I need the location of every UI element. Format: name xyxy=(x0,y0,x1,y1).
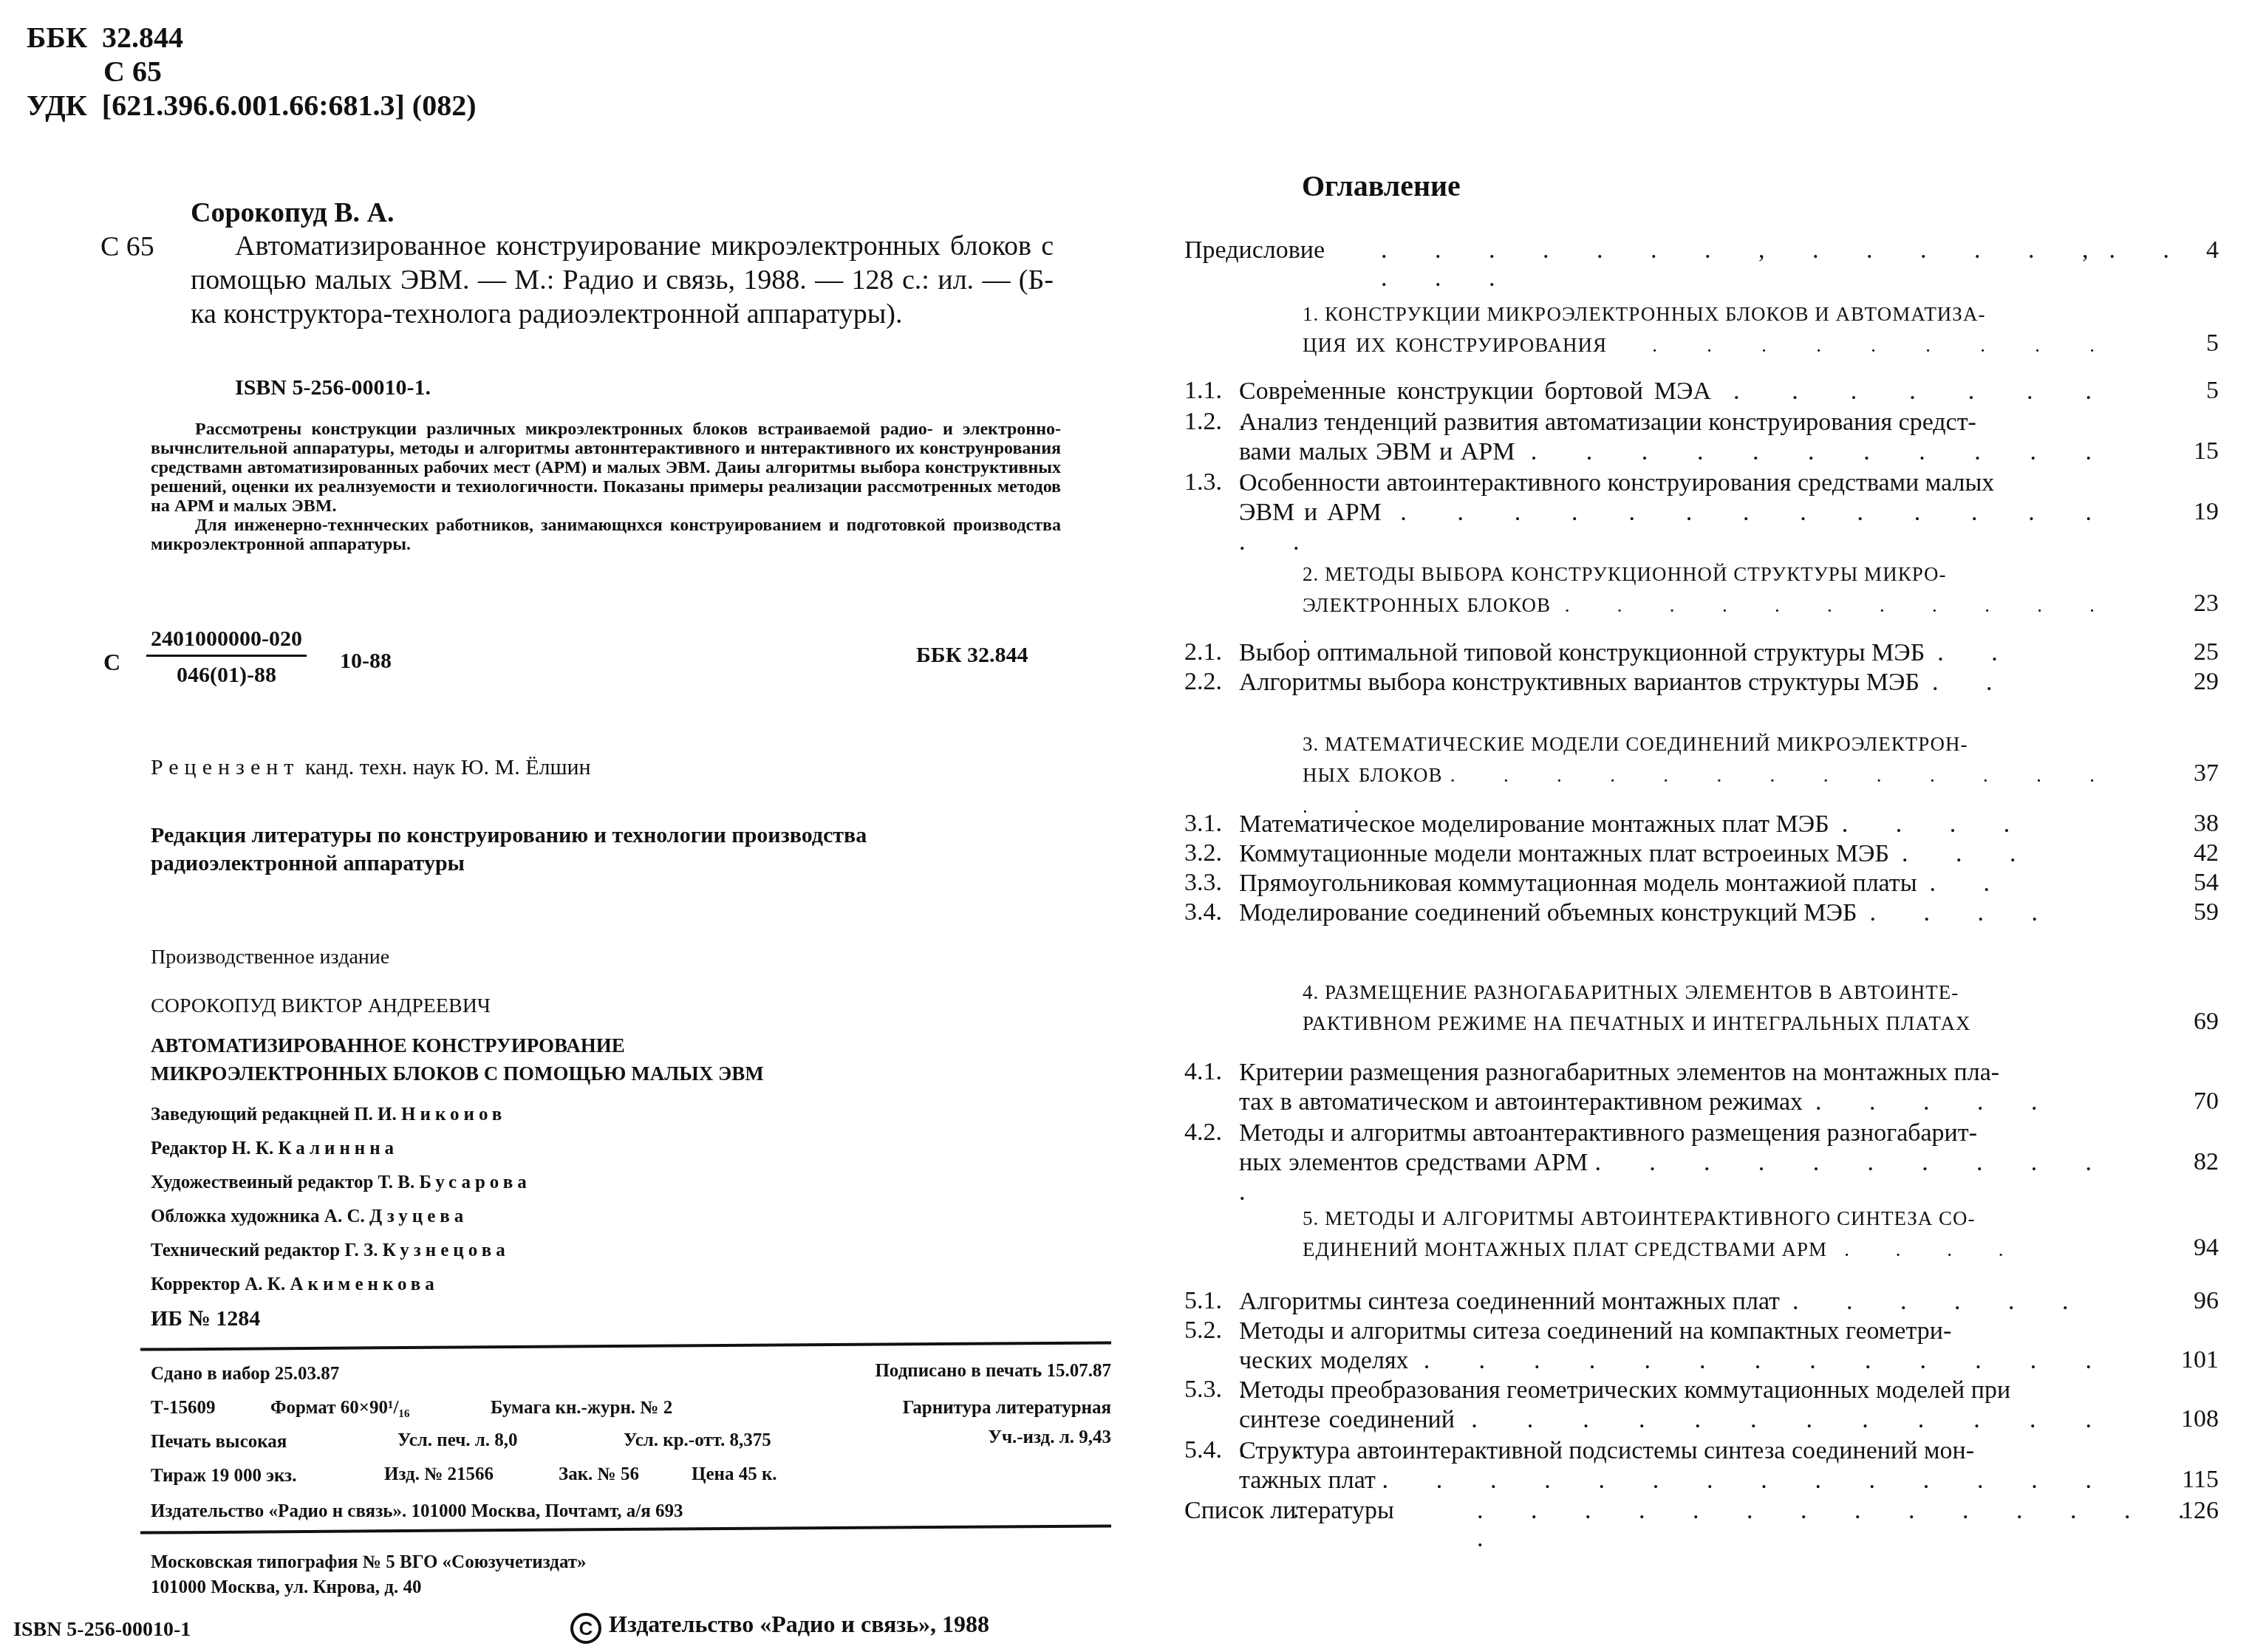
section-title: Методы и алгоритмы автоантерактивного ра… xyxy=(1239,1119,2112,1207)
toc-page: 59 xyxy=(2194,898,2219,926)
toc-page: 29 xyxy=(2194,668,2219,696)
section-title-text: Алгоритмы выбора конструктивных варианто… xyxy=(1239,669,1919,696)
section-number: 3.1. xyxy=(1184,810,1222,838)
toc-page: 96 xyxy=(2194,1287,2219,1315)
chapter-heading-line-1: 2. МЕТОДЫ ВЫБОРА КОНСТРУКЦИОННОЙ СТРУКТУ… xyxy=(1303,559,2115,590)
toc-page: 42 xyxy=(2194,839,2219,867)
section-title-text: синтезе соединений xyxy=(1239,1406,1455,1433)
toc-page: 38 xyxy=(2194,810,2219,838)
toc-page: 115 xyxy=(2182,1466,2219,1494)
imprint-color-prints: Усл. кр.-отт. 8,375 xyxy=(624,1430,771,1451)
section-title-text: Моделирование соединений объемных констр… xyxy=(1239,899,1857,926)
section-number: 2.1. xyxy=(1184,638,1222,666)
toc-dots: . . xyxy=(1932,669,2013,696)
bibliographic-mark: С 65 xyxy=(100,231,154,263)
staff-name: Бусарова xyxy=(419,1173,530,1192)
staff-list: Заведующий редакцней П. И. Никоиов Редак… xyxy=(151,1098,531,1302)
staff-role: Технический редактор Г. З. xyxy=(151,1240,378,1260)
title-caps-line-2: МИКРОЭЛЕКТРОННЫХ БЛОКОВ С ПОМОЩЬЮ МАЛЫХ … xyxy=(151,1059,764,1088)
udk-row: УДК [621.396.6.001.66:681.3] (082) xyxy=(27,89,476,123)
catalog-numerator: 2401000000-020 xyxy=(146,627,307,657)
section-number: 3.3. xyxy=(1184,869,1222,897)
imprint-order-code: Т-15609 xyxy=(151,1398,216,1419)
toc-page: 108 xyxy=(2181,1405,2219,1433)
chapter-heading-line-1: 1. КОНСТРУКЦИИ МИКРОЭЛЕКТРОННЫХ БЛОКОВ И… xyxy=(1303,298,2115,330)
section-number: 4.2. xyxy=(1184,1119,1222,1147)
imprint-edition-no: Изд. № 21566 xyxy=(384,1464,494,1485)
staff-role: Корректор А. К. xyxy=(151,1274,285,1294)
toc-page: 4 xyxy=(2206,236,2219,264)
section-title: Критерии размещения разногабаритных элем… xyxy=(1239,1058,2112,1117)
imprint-format: Формат 60×90¹/₁₆ xyxy=(270,1398,409,1419)
reviewer-value: канд. техн. наук Ю. М. Ёлшин xyxy=(305,755,591,779)
section-title: Математическое моделирование монтажных п… xyxy=(1239,810,2112,839)
section-number: 5.3. xyxy=(1184,1376,1222,1404)
staff-name: Калиннна xyxy=(278,1139,398,1158)
staff-row: Обложка художника А. С. Дзуцева xyxy=(151,1200,531,1234)
section-number: 5.4. xyxy=(1184,1436,1222,1464)
catalog-bbk: ББК 32.844 xyxy=(916,643,1028,668)
edition-type: Производственное издание xyxy=(151,946,389,969)
chapter-heading: 4. РАЗМЕЩЕНИЕ РАЗНОГАБАРИТНЫХ ЭЛЕМЕНТОВ … xyxy=(1303,977,2130,1039)
toc-page: 37 xyxy=(2194,760,2219,788)
section-number: 3.2. xyxy=(1184,839,1222,867)
staff-role: Редактор Н. К. xyxy=(151,1139,273,1158)
copyright-icon: C xyxy=(570,1613,601,1644)
reviewer-line: Рецензент канд. техн. наук Ю. М. Ёлшин xyxy=(151,755,591,780)
abstract-paragraph-2: Для инженерно-техннческих работников, за… xyxy=(151,516,1061,554)
toc-dots: . . xyxy=(1937,639,2018,666)
chapter-heading-text: ЕДИНЕНИЙ МОНТАЖНЫХ ПЛАТ СРЕДСТВАМИ АРМ xyxy=(1303,1238,1827,1260)
toc-dots: . . . . xyxy=(1842,810,2031,838)
ib-number: ИБ № 1284 xyxy=(151,1306,260,1331)
toc-page: 19 xyxy=(2194,498,2219,526)
copyright-line: CИздательство «Радио и связь», 1988 xyxy=(570,1611,989,1644)
imprint-print-sheets: Усл. печ. л. 8,0 xyxy=(397,1430,518,1451)
bibliographic-isbn: ISBN 5-256-00010-1. xyxy=(235,375,431,400)
bibliographic-author: Сорокопуд В. А. xyxy=(191,197,394,229)
imprint-paper: Бумага кн.-журн. № 2 xyxy=(491,1398,672,1419)
section-title: Коммутационные модели монтажных плат вст… xyxy=(1239,839,2112,869)
chapter-heading-line-2: РАКТИВНОМ РЕЖИМЕ НА ПЕЧАТНЫХ И ИНТЕГРАЛЬ… xyxy=(1303,1008,2130,1039)
section-title-text: вами малых ЭВМ и АРМ xyxy=(1239,438,1515,465)
staff-name: Дзуцева xyxy=(369,1206,468,1226)
section-title: Особенности автоинтерактивного конструир… xyxy=(1239,468,2112,557)
toc-title: Оглавление xyxy=(1302,168,1461,203)
section-title-text: Методы и алгоритмы ситеза соединений на … xyxy=(1239,1317,1951,1345)
imprint-submitted: Сдано в иабор 25.03.87 xyxy=(151,1364,339,1385)
imprint-order-no: Зак. № 56 xyxy=(559,1464,639,1485)
section-title: Алгоритмы выбора конструктивных варианто… xyxy=(1239,668,2112,697)
toc-page: 126 xyxy=(2181,1497,2219,1525)
section-title-text: Алгоритмы синтеза соединенний монтажных … xyxy=(1239,1288,1780,1315)
staff-row: Художествеиный редактор Т. В. Бусарова xyxy=(151,1166,531,1200)
section-title-text: Особенности автоинтерактивного конструир… xyxy=(1239,469,1994,496)
chapter-heading-line-1: 5. МЕТОДЫ И АЛГОРИТМЫ АВТОИНТЕРАКТИВНОГО… xyxy=(1303,1203,2115,1234)
section-title-text: Структура автоинтерактивной подсистемы с… xyxy=(1239,1437,1974,1464)
staff-row: Редактор Н. К. Калиннна xyxy=(151,1132,531,1166)
section-number: 4.1. xyxy=(1184,1058,1222,1086)
staff-name: Кузнецова xyxy=(383,1240,510,1260)
udk-value: [621.396.6.001.66:681.3] (082) xyxy=(102,89,477,122)
divider-top xyxy=(140,1341,1111,1351)
section-title-text: Методы преобразования геометрических ком… xyxy=(1239,1376,2010,1404)
bbk-label: ББК xyxy=(27,21,87,54)
imprint-signed: Подписано в печать 15.07.87 xyxy=(875,1361,1111,1382)
editorial-office: Редакция литературы по конструированию и… xyxy=(151,822,904,878)
toc-dots: . . . . . . xyxy=(1792,1288,2089,1315)
toc-page: 15 xyxy=(2194,437,2219,465)
staff-role: Заведующий редакцней П. И. xyxy=(151,1105,397,1124)
toc-page: 82 xyxy=(2194,1148,2219,1176)
toc-page: 5 xyxy=(2206,377,2219,405)
imprint-publisher-sheets: Уч.-изд. л. 9,43 xyxy=(989,1427,1111,1448)
toc-dots: . . . . xyxy=(1870,899,2059,926)
toc-page: 69 xyxy=(2194,1008,2219,1036)
section-title-text: ЭВМ и АРМ xyxy=(1239,499,1382,526)
section-title-text: тажных плат xyxy=(1239,1467,1376,1494)
section-title: Выбор оптимальной типовой конструкционно… xyxy=(1239,638,2112,668)
section-number: 5.2. xyxy=(1184,1317,1222,1345)
catalog-suffix: 10-88 xyxy=(340,649,392,674)
chapter-heading-line-2: ЕДИНЕНИЙ МОНТАЖНЫХ ПЛАТ СРЕДСТВАМИ АРМ .… xyxy=(1303,1234,2115,1265)
imprint-typeface: Гарнитура литературная xyxy=(903,1398,1111,1419)
imprint-block: Сдано в иабор 25.03.87 Подписано в печат… xyxy=(151,1356,1111,1526)
toc-page: 5 xyxy=(2206,330,2219,358)
section-title-text: Критерии размещения разногабаритных элем… xyxy=(1239,1059,1999,1086)
title-caps-line-1: АВТОМАТИЗИРОВАННОЕ КОНСТРУИРОВАНИЕ xyxy=(151,1031,764,1059)
copyright-text: Издательство «Радио и связь», 1988 xyxy=(609,1611,989,1637)
chapter-heading-line-1: 3. МАТЕМАТИЧЕСКИЕ МОДЕЛИ СОЕДИНЕНИЙ МИКР… xyxy=(1303,728,2115,760)
section-number: 5.1. xyxy=(1184,1287,1222,1315)
bbk-value: 32.844 xyxy=(102,21,183,54)
staff-row: Технический редактор Г. З. Кузнецова xyxy=(151,1234,531,1268)
reviewer-label: Рецензент xyxy=(151,755,299,779)
section-title-text: ческих моделях xyxy=(1239,1347,1409,1374)
printer-line-2: 101000 Москва, ул. Кнрова, д. 40 xyxy=(151,1575,587,1600)
full-author-name: СОРОКОПУД ВИКТОР АНДРЕЕВИЧ xyxy=(151,994,491,1018)
section-title: Алгоритмы синтеза соединенний монтажных … xyxy=(1239,1287,2112,1317)
toc-page: 70 xyxy=(2194,1088,2219,1116)
toc-dots: . . . . . xyxy=(1815,1088,2058,1116)
bbk-row: ББК 32.844 xyxy=(27,21,476,55)
toc-page: 101 xyxy=(2181,1346,2219,1374)
section-title: Моделирование соединений объемных констр… xyxy=(1239,898,2112,928)
staff-name: Акименкова xyxy=(290,1274,438,1294)
author-mark-row: С 65 xyxy=(27,55,476,89)
catalog-fraction: 2401000000-020 046(01)-88 xyxy=(146,627,307,688)
bibliographic-description: Автоматизированное конструирование микро… xyxy=(191,229,1054,331)
section-number: 1.2. xyxy=(1184,408,1222,436)
toc-page: 23 xyxy=(2194,590,2219,618)
toc-dots: . . . . . . . . . . . . . . . xyxy=(1477,1497,2219,1553)
toc-label: Предисловие xyxy=(1184,236,1325,264)
toc-page: 94 xyxy=(2194,1234,2219,1262)
section-number: 1.1. xyxy=(1184,377,1222,405)
imprint-publisher-address: Издательство «Радио н связь». 101000 Мос… xyxy=(151,1501,683,1522)
toc-dots: . . xyxy=(1930,870,2011,897)
staff-role: Художествеиный редактор Т. В. xyxy=(151,1173,414,1192)
chapter-heading-text: ЦИЯ ИХ КОНСТРУИРОВАНИЯ xyxy=(1303,334,1607,356)
toc-dots: . . . xyxy=(1902,840,2037,867)
section-title-text: Методы и алгоритмы автоантерактивного ра… xyxy=(1239,1119,1977,1147)
section-title-text: тах в автоматическом и автоинтерактивном… xyxy=(1239,1088,1803,1116)
section-title-text: Прямоугольниковая коммутационная модель … xyxy=(1239,870,1917,897)
toc-page: 25 xyxy=(2194,638,2219,666)
chapter-heading-line-1: 4. РАЗМЕЩЕНИЕ РАЗНОГАБАРИТНЫХ ЭЛЕМЕНТОВ … xyxy=(1303,977,2130,1008)
staff-name: Никоиов xyxy=(401,1105,506,1124)
section-title-text: ных элементов средствами АРМ xyxy=(1239,1149,1588,1176)
printer-block: Московская типография № 5 ВГО «Союзучети… xyxy=(151,1550,587,1600)
title-caps: АВТОМАТИЗИРОВАННОЕ КОНСТРУИРОВАНИЕ МИКРО… xyxy=(151,1031,764,1088)
section-title-text: Коммутационные модели монтажных плат вст… xyxy=(1239,840,1889,867)
section-title-text: Математическое моделирование монтажных п… xyxy=(1239,810,1829,838)
toc-page: 54 xyxy=(2194,869,2219,897)
imprint-circulation: Тираж 19 000 экз. xyxy=(151,1466,296,1487)
section-title-text: Современные конструкции бортовой МЭА xyxy=(1239,378,1711,405)
toc-dots: . . . . xyxy=(1844,1238,2024,1260)
toc-dots: . . . . . . . , . . . . . ,. . . . . xyxy=(1381,236,2219,293)
section-title-text: Анализ тенденций развития автоматизации … xyxy=(1239,409,1976,436)
section-number: 1.3. xyxy=(1184,468,1222,496)
chapter-heading-text: ЭЛЕКТРОННЫХ БЛОКОВ xyxy=(1303,594,1551,616)
staff-row: Заведующий редакцней П. И. Никоиов xyxy=(151,1098,531,1132)
udk-label: УДК xyxy=(27,89,87,122)
chapter-heading: 3. МАТЕМАТИЧЕСКИЕ МОДЕЛИ СОЕДИНЕНИЙ МИКР… xyxy=(1303,728,2115,822)
section-title-text: Выбор оптимальной типовой конструкционно… xyxy=(1239,639,1925,666)
section-number: 2.2. xyxy=(1184,668,1222,696)
author-mark: С 65 xyxy=(103,55,162,88)
classification-block: ББК 32.844 С 65 УДК [621.396.6.001.66:68… xyxy=(27,21,476,123)
staff-row: Корректор А. К. Акименкова xyxy=(151,1268,531,1302)
bottom-isbn: ISBN 5-256-00010-1 xyxy=(13,1618,191,1642)
chapter-heading: 5. МЕТОДЫ И АЛГОРИТМЫ АВТОИНТЕРАКТИВНОГО… xyxy=(1303,1203,2115,1265)
imprint-print-type: Печать высокая xyxy=(151,1432,287,1453)
catalog-letter: С xyxy=(103,649,120,676)
abstract-paragraph-1: Рассмотрены конструкции различных микроэ… xyxy=(151,420,1061,516)
staff-role: Обложка художника А. С. xyxy=(151,1206,365,1226)
imprint-price: Ценa 45 к. xyxy=(692,1464,777,1485)
chapter-heading-text: НЫХ БЛОКОВ xyxy=(1303,764,1442,786)
section-title: Прямоугольниковая коммутационная модель … xyxy=(1239,869,2112,898)
catalog-denominator: 046(01)-88 xyxy=(146,657,307,688)
abstract: Рассмотрены конструкции различных микроэ… xyxy=(151,420,1061,554)
toc-label: Список литературы xyxy=(1184,1497,1394,1525)
printer-line-1: Московская типография № 5 ВГО «Союзучети… xyxy=(151,1550,587,1575)
section-number: 3.4. xyxy=(1184,898,1222,926)
